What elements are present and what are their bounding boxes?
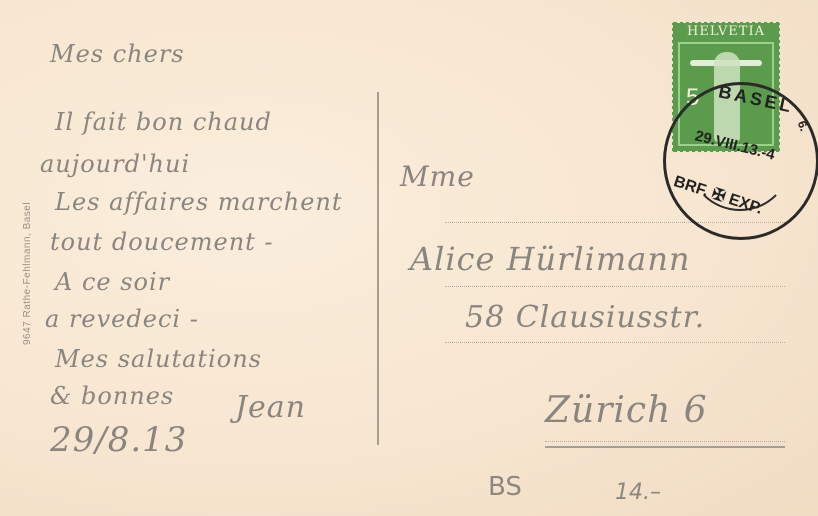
message-line: Les affaires marchent (55, 188, 343, 216)
address-title: Mme (400, 160, 475, 193)
message-line: a revedeci - (45, 305, 199, 333)
address-line-4 (545, 441, 785, 442)
pencil-note-price: 14.– (615, 480, 661, 505)
salutation: Mes chers (50, 40, 185, 68)
postmark: BASEL 29.VIII.13.-4 BRF. ✠ EXP. 6. (663, 82, 818, 240)
message-line: aujourd'hui (40, 150, 190, 178)
address-name: Alice Hürlimann (410, 240, 691, 278)
address-line-2 (445, 286, 785, 287)
message-line: Mes salutations (55, 345, 262, 373)
postmark-suffix: 6. (795, 119, 812, 133)
address-line-4-solid (545, 446, 785, 448)
address-street: 58 Clausiusstr. (465, 300, 705, 335)
signature: Jean (235, 390, 306, 425)
pencil-note-bs: BS (488, 472, 522, 502)
message-line: A ce soir (55, 268, 170, 296)
message-date: 29/8.13 (50, 420, 187, 460)
stamp-country: HELVETIA (672, 24, 780, 39)
message-line: Il fait bon chaud (55, 108, 272, 136)
address-city: Zürich 6 (545, 390, 708, 431)
center-divider (377, 92, 379, 445)
postcard-back: Mes chers Il fait bon chaud aujourd'hui … (0, 0, 818, 516)
publisher-imprint: 9647 Rathe-Fehlmann, Basel (22, 202, 33, 345)
address-line-3 (445, 342, 785, 343)
message-line: & bonnes (50, 382, 174, 410)
message-line: tout doucement - (50, 228, 274, 256)
